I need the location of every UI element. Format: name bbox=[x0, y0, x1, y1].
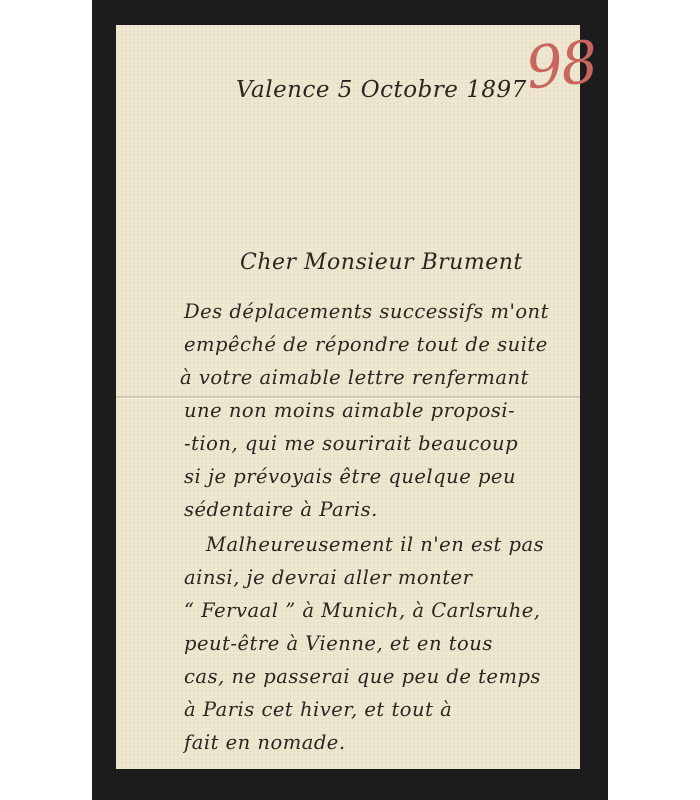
body-line: fait en nomade. bbox=[184, 731, 346, 754]
paper-fold-line bbox=[116, 396, 580, 398]
body-line: à Paris cet hiver, et tout à bbox=[184, 698, 452, 721]
folio-number: 98 bbox=[523, 28, 600, 103]
salutation: Cher Monsieur Brument bbox=[240, 250, 523, 275]
body-line: ainsi, je devrai aller monter bbox=[184, 566, 472, 589]
body-line: empêché de répondre tout de suite bbox=[184, 333, 548, 356]
body-line: -tion, qui me sourirait beaucoup bbox=[184, 432, 518, 455]
body-line: une non moins aimable proposi- bbox=[184, 399, 515, 422]
body-line: à votre aimable lettre renfermant bbox=[180, 366, 529, 389]
body-line: Malheureusement il n'en est pas bbox=[206, 533, 544, 556]
date-line: Valence 5 Octobre 1897 bbox=[236, 77, 527, 103]
body-line: peut-être à Vienne, et en tous bbox=[184, 632, 493, 655]
letter-page: Valence 5 Octobre 1897 98 Cher Monsieur … bbox=[116, 25, 580, 769]
body-line: si je prévoyais être quelque peu bbox=[184, 465, 516, 488]
body-line: sédentaire à Paris. bbox=[184, 498, 378, 521]
body-line: cas, ne passerai que peu de temps bbox=[184, 665, 541, 688]
body-line: “ Fervaal ” à Munich, à Carlsruhe, bbox=[184, 599, 541, 622]
body-line: Des déplacements successifs m'ont bbox=[184, 300, 549, 323]
